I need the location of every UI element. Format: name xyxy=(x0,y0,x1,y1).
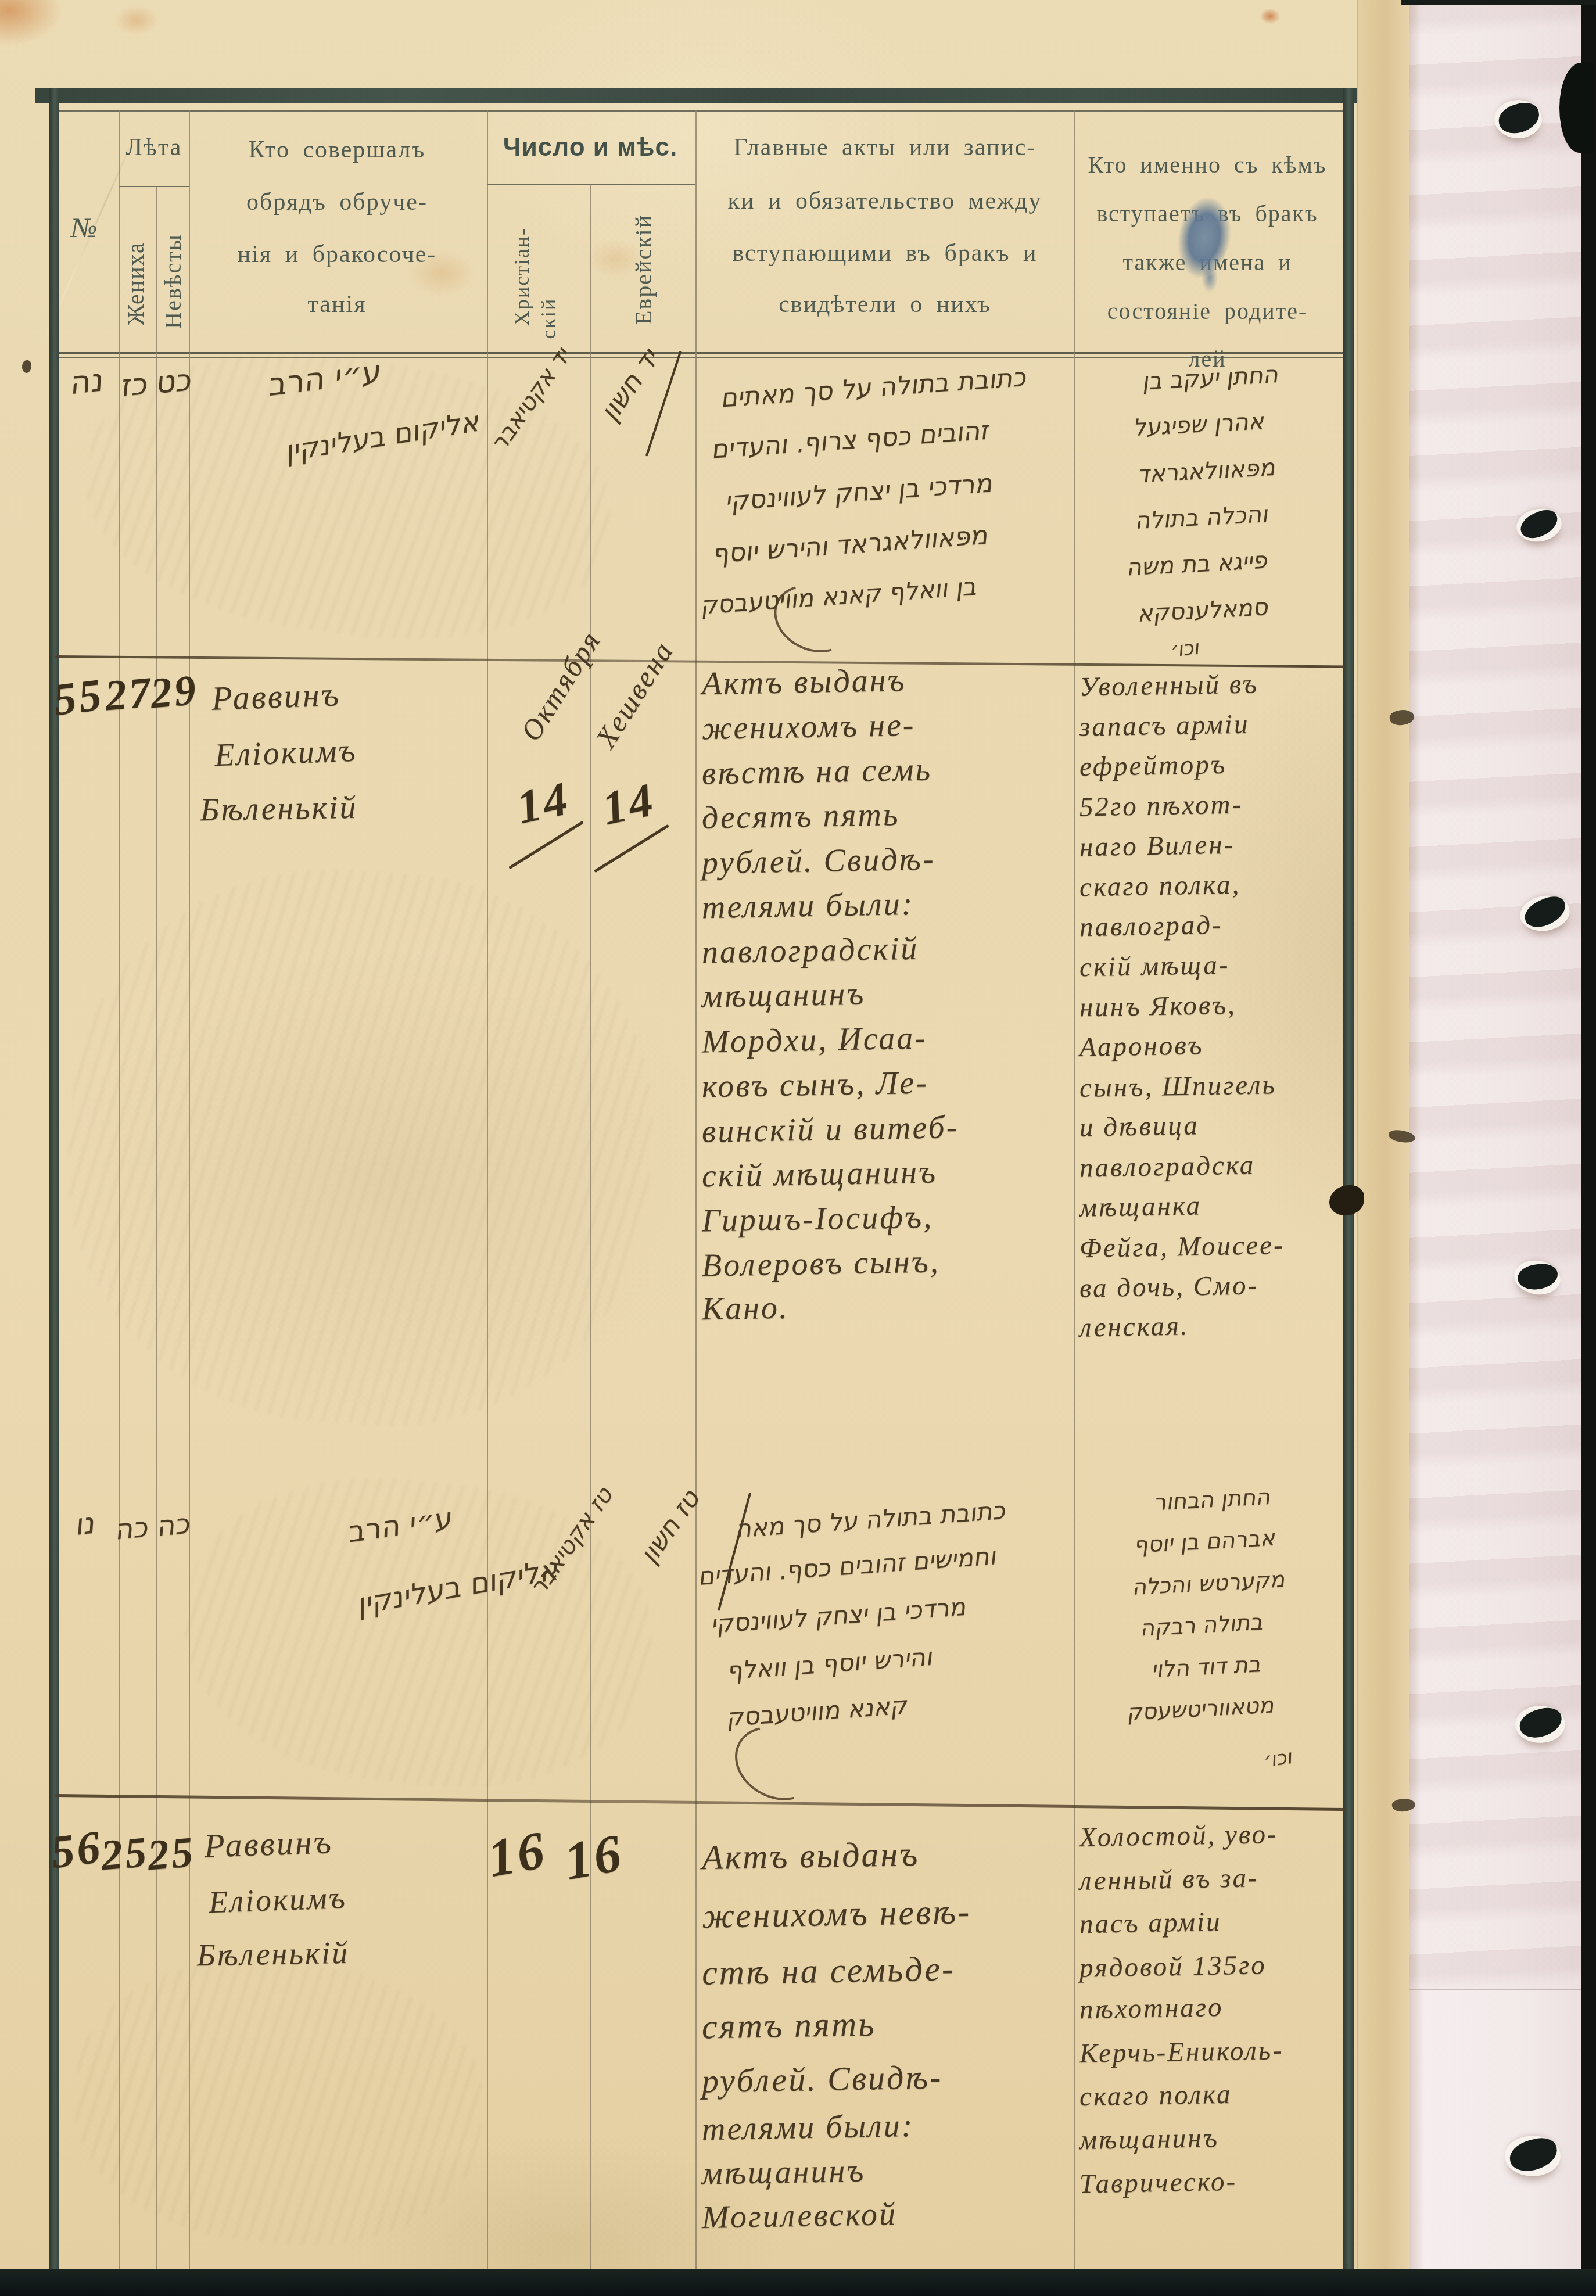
txt-rows-3-who-2: пасъ арміи xyxy=(1079,1908,1222,1938)
txt-rows-1-acts-7: мѣщанинъ xyxy=(702,978,866,1013)
txt-rows-3-who-1: ленный въ за- xyxy=(1079,1864,1259,1895)
txt-rows-3-officiant-2: Бѣленькій xyxy=(151,1936,396,1971)
register-page-scan: №ЛѣтаЖенихаНевѣстыКто совершалъобрядъ об… xyxy=(0,0,1596,2296)
txt-rows-1-who-9: Аароновъ xyxy=(1079,1032,1204,1061)
txt-header-groom: Жениха xyxy=(124,234,148,333)
txt-rows-3-who-4: пѣхотнаго xyxy=(1079,1994,1224,2024)
txt-rows-1-who-6: павлоград- xyxy=(1079,912,1224,941)
txt-rows-3-acts-2: стѣ на семьде- xyxy=(702,1951,956,1990)
txt-rows-3-who-6: скаго полка xyxy=(1079,2081,1232,2111)
punch-hole xyxy=(1505,2136,1561,2176)
txt-header-date_hebrew: Еврейскій xyxy=(632,203,655,336)
table-left-border xyxy=(49,88,59,2270)
txt-rows-1-acts-8: Мордхи, Исаа- xyxy=(702,1022,928,1059)
txt-rows-1-acts-6: павлоградскій xyxy=(702,932,919,969)
txt-rows-1-acts-14: Кано. xyxy=(702,1291,790,1326)
txt-rows-1-who-12: павлоградска xyxy=(1079,1151,1256,1182)
txt-rows-1-who-11: и дѣвица xyxy=(1079,1112,1200,1142)
txt-rows-1-who-5: скаго полка, xyxy=(1079,871,1241,901)
txt-rows-1-acts-12: Гиршъ-Іосифъ, xyxy=(702,1201,934,1237)
txt-header-acts-2: вступающими въ бракъ и xyxy=(697,241,1073,266)
age-subheader-rule xyxy=(119,186,189,187)
txt-rows-1-who-15: ва дочь, Смо- xyxy=(1079,1272,1259,1302)
punch-hole xyxy=(1494,100,1542,138)
txt-rows-1-acts-1: женихомъ не- xyxy=(702,709,916,745)
txt-rows-1-who-2: ефрейторъ xyxy=(1079,751,1227,781)
table-top-border xyxy=(35,88,1357,103)
txt-rows-1-who-16: ленская. xyxy=(1079,1312,1189,1341)
txt-rows-1-who-7: скій мѣща- xyxy=(1079,952,1230,982)
txt-header-officiant-3: танія xyxy=(188,292,486,317)
date-subheader-rule xyxy=(487,184,695,185)
txt-header-date: Число и мѣс. xyxy=(486,135,695,160)
txt-rows-1-who-14: Фейга, Моисее- xyxy=(1079,1232,1285,1262)
txt-rows-1-acts-13: Волеровъ сынъ, xyxy=(702,1246,941,1282)
txt-rows-1-who-1: запасъ арміи xyxy=(1079,711,1250,741)
txt-rows-1-who-4: наго Вилен- xyxy=(1079,831,1235,861)
txt-rows-3-acts-0: Актъ выданъ xyxy=(702,1836,920,1875)
table-column-rule xyxy=(695,110,697,2269)
txt-header-acts-0: Главные акты или запис- xyxy=(697,135,1073,160)
scan-background-blob xyxy=(1559,63,1595,153)
txt-rows-1-acts-0: Актъ выданъ xyxy=(702,664,907,700)
txt-rows-1-who-8: нинъ Яковъ, xyxy=(1079,991,1237,1021)
txt-rows-3-who-5: Керчь-Ениколь- xyxy=(1079,2037,1284,2068)
txt-rows-3-acts-5: телями были: xyxy=(702,2110,914,2146)
txt-header-who-3: состояніе родите- xyxy=(1074,300,1341,323)
txt-rows-3-acts-6: мѣщанинъ xyxy=(702,2155,866,2190)
scan-background-top xyxy=(1401,0,1596,5)
txt-rows-1-who-0: Уволенный въ xyxy=(1079,670,1259,701)
scan-background-bottom xyxy=(0,2269,1596,2296)
txt-rows-1-acts-10: винскій и витеб- xyxy=(702,1111,959,1149)
table-top-rule xyxy=(51,110,1344,112)
txt-rows-1-acts-4: рублей. Свидѣ- xyxy=(702,843,935,880)
txt-header-no: № xyxy=(50,214,120,242)
txt-rows-1-acts-11: скій мѣщанинъ xyxy=(702,1156,938,1193)
txt-header-officiant-2: нія и бракосоче- xyxy=(188,242,486,267)
txt-rows-0-bride: כט xyxy=(141,364,207,400)
txt-rows-1-acts-9: ковъ сынъ, Ле- xyxy=(702,1067,929,1103)
adjacent-page-edge xyxy=(1409,0,1583,2296)
txt-rows-1-acts-2: вѣстѣ на семь xyxy=(702,754,933,790)
txt-rows-3-acts-7: Могилевской xyxy=(702,2198,898,2234)
scan-background-right xyxy=(1581,0,1596,2296)
adjacent-page-overlap xyxy=(1409,1989,1583,2296)
txt-rows-1-who-10: сынъ, Шпигель xyxy=(1079,1071,1277,1102)
table-right-border xyxy=(1343,88,1354,2270)
txt-header-date_christian-0: Христіан- xyxy=(511,216,532,338)
txt-rows-1-acts-3: десятъ пять xyxy=(702,798,900,834)
txt-header-acts-1: ки и обязательство между xyxy=(697,189,1073,213)
table-column-rule xyxy=(119,110,120,2269)
txt-rows-3-acts-3: сятъ пять xyxy=(701,2006,876,2044)
txt-rows-1-officiant-2: Бѣленькій xyxy=(157,791,401,827)
txt-header-acts-3: свидѣтели о нихъ xyxy=(697,292,1073,317)
txt-rows-3-acts-1: женихомъ невѣ- xyxy=(702,1894,971,1933)
txt-header-bride: Невѣсты xyxy=(162,226,185,336)
txt-rows-3-acts-4: рублей. Свидѣ- xyxy=(702,2061,943,2098)
txt-header-officiant-0: Кто совершалъ xyxy=(188,138,486,162)
txt-rows-3-who-0: Холостой, уво- xyxy=(1079,1821,1279,1852)
txt-header-officiant-1: обрядъ обруче- xyxy=(188,190,486,214)
txt-rows-3-who-7: мѣщанинъ xyxy=(1079,2125,1220,2154)
txt-rows-2-bride: כה xyxy=(141,1508,207,1542)
txt-rows-3-who-8: Таврическо- xyxy=(1079,2168,1238,2198)
txt-header-who-0: Кто именно съ кѣмъ xyxy=(1074,153,1341,177)
punch-hole xyxy=(1515,1706,1565,1743)
txt-rows-1-acts-5: телями были: xyxy=(702,888,914,924)
table-column-rule xyxy=(487,110,488,2269)
table-column-rule xyxy=(590,185,591,2269)
txt-rows-3-who-3: рядовой 135го xyxy=(1079,1951,1267,1982)
txt-rows-1-who-13: мѣщанка xyxy=(1079,1192,1202,1222)
txt-rows-1-who-3: 52го пѣхот- xyxy=(1079,791,1243,821)
